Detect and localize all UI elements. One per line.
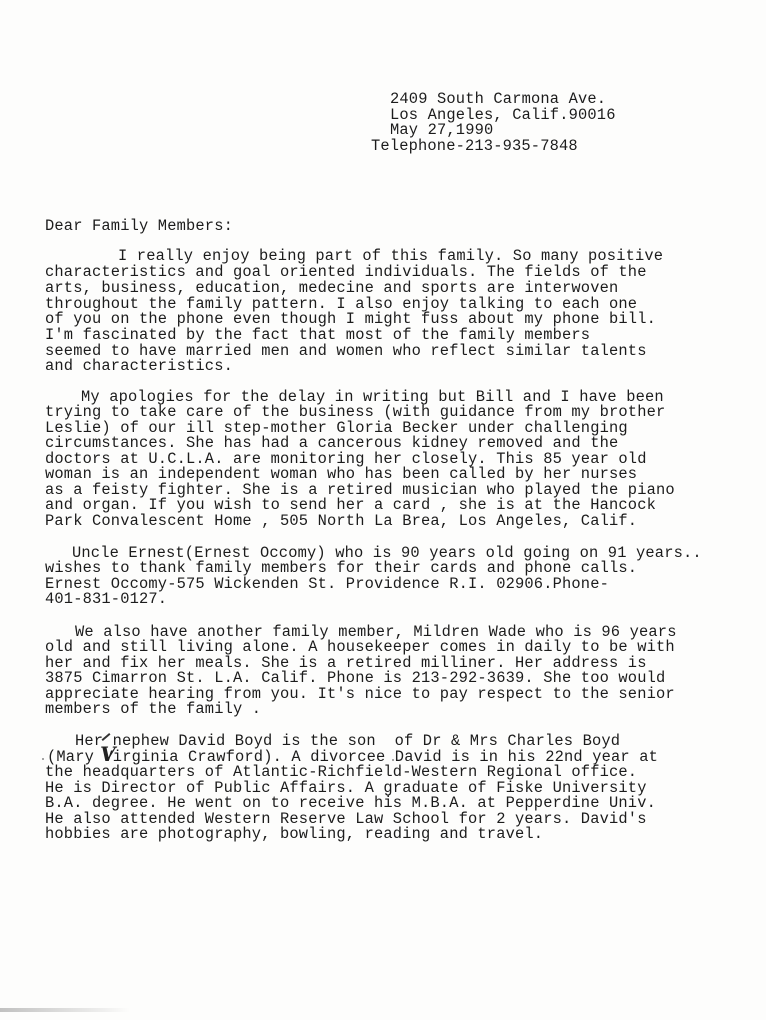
paragraph-line: Her nephew David Boyd is the son of Dr &…	[75, 733, 620, 749]
paragraph-line: and organ. If you wish to send her a car…	[45, 497, 656, 513]
sender-street: 2409 South Carmona Ave.	[390, 91, 606, 107]
paragraph-line: arts, business, education, medecine and …	[45, 280, 618, 296]
handwritten-v-mark: V	[100, 744, 116, 764]
paragraph-line: wishes to thank family members for their…	[45, 560, 637, 576]
paragraph-line: characteristics and goal oriented indivi…	[45, 264, 647, 280]
paragraph-line: circumstances. She has had a cancerous k…	[45, 435, 618, 451]
paragraph-line: old and still living alone. A housekeepe…	[45, 639, 675, 655]
paragraph-line: of you on the phone even though I might …	[45, 311, 656, 327]
salutation: Dear Family Members:	[45, 218, 233, 234]
paragraph-line: and characteristics.	[45, 358, 233, 374]
paragraph-line: I really enjoy being part of this family…	[118, 248, 663, 264]
scan-edge-artifact	[0, 1008, 130, 1012]
paragraph-line: 401-831-0127.	[45, 591, 167, 607]
paragraph-line: B.A. degree. He went on to receive his M…	[45, 795, 656, 811]
paragraph-line: Park Convalescent Home , 505 North La Br…	[45, 513, 637, 529]
paragraph-line: hobbies are photography, bowling, readin…	[45, 826, 543, 842]
paragraph-line: 3875 Cimarron St. L.A. Calif. Phone is 2…	[45, 670, 665, 686]
scan-speck	[392, 759, 394, 761]
paragraph-line: members of the family .	[45, 701, 261, 717]
scan-speck	[42, 758, 44, 760]
paragraph-line: trying to take care of the business (wit…	[45, 404, 665, 420]
paragraph-line: I'm fascinated by the fact that most of …	[45, 327, 590, 343]
paragraph-line: the headquarters of Atlantic-Richfield-W…	[45, 764, 637, 780]
letter-page: 2409 South Carmona Ave. Los Angeles, Cal…	[0, 0, 766, 1020]
paragraph-line: woman is an independent woman who has be…	[45, 466, 637, 482]
letter-date: May 27,1990	[390, 122, 493, 138]
sender-telephone: Telephone-213-935-7848	[371, 138, 578, 154]
